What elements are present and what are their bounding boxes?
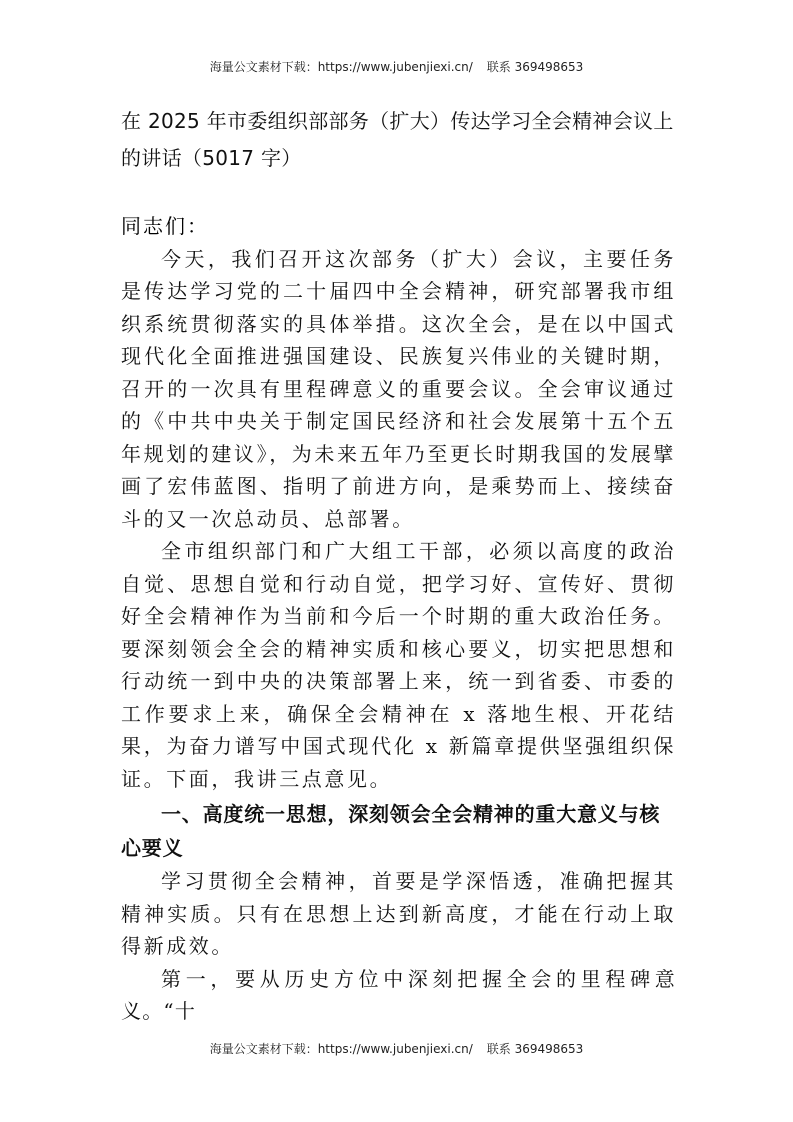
page-header: 海量公文素材下载：https://www.jubenjiexi.cn/联系 36… bbox=[0, 59, 793, 75]
header-source-link[interactable]: 海量公文素材下载：https://www.jubenjiexi.cn/ bbox=[210, 60, 473, 74]
footer-contact: 联系 369498653 bbox=[487, 1042, 584, 1056]
document-title: 在 2025 年市委组织部部务（扩大）传达学习全会精神会议上的讲话（5017 字… bbox=[121, 103, 676, 177]
section-1-paragraph-1: 学习贯彻全会精神，首要是学深悟透，准确把握其精神实质。只有在思想上达到新高度，才… bbox=[121, 865, 676, 963]
footer-source-link[interactable]: 海量公文素材下载：https://www.jubenjiexi.cn/ bbox=[210, 1042, 473, 1056]
page-footer: 海量公文素材下载：https://www.jubenjiexi.cn/联系 36… bbox=[0, 1041, 793, 1057]
intro-paragraph-2: 全市组织部门和广大组工干部，必须以高度的政治自觉、思想自觉和行动自觉，把学习好、… bbox=[121, 535, 676, 795]
document-body: 在 2025 年市委组织部部务（扩大）传达学习全会精神会议上的讲话（5017 字… bbox=[121, 103, 676, 1028]
header-contact: 联系 369498653 bbox=[487, 60, 584, 74]
salutation: 同志们： bbox=[121, 210, 676, 243]
intro-paragraph-1: 今天，我们召开这次部务（扩大）会议，主要任务是传达学习党的二十届四中全会精神，研… bbox=[121, 243, 676, 536]
section-1-paragraph-2: 第一，要从历史方位中深刻把握全会的里程碑意义。“十 bbox=[121, 963, 676, 1028]
section-heading-1: 一、高度统一思想，深刻领会全会精神的重大意义与核心要义 bbox=[121, 797, 676, 865]
